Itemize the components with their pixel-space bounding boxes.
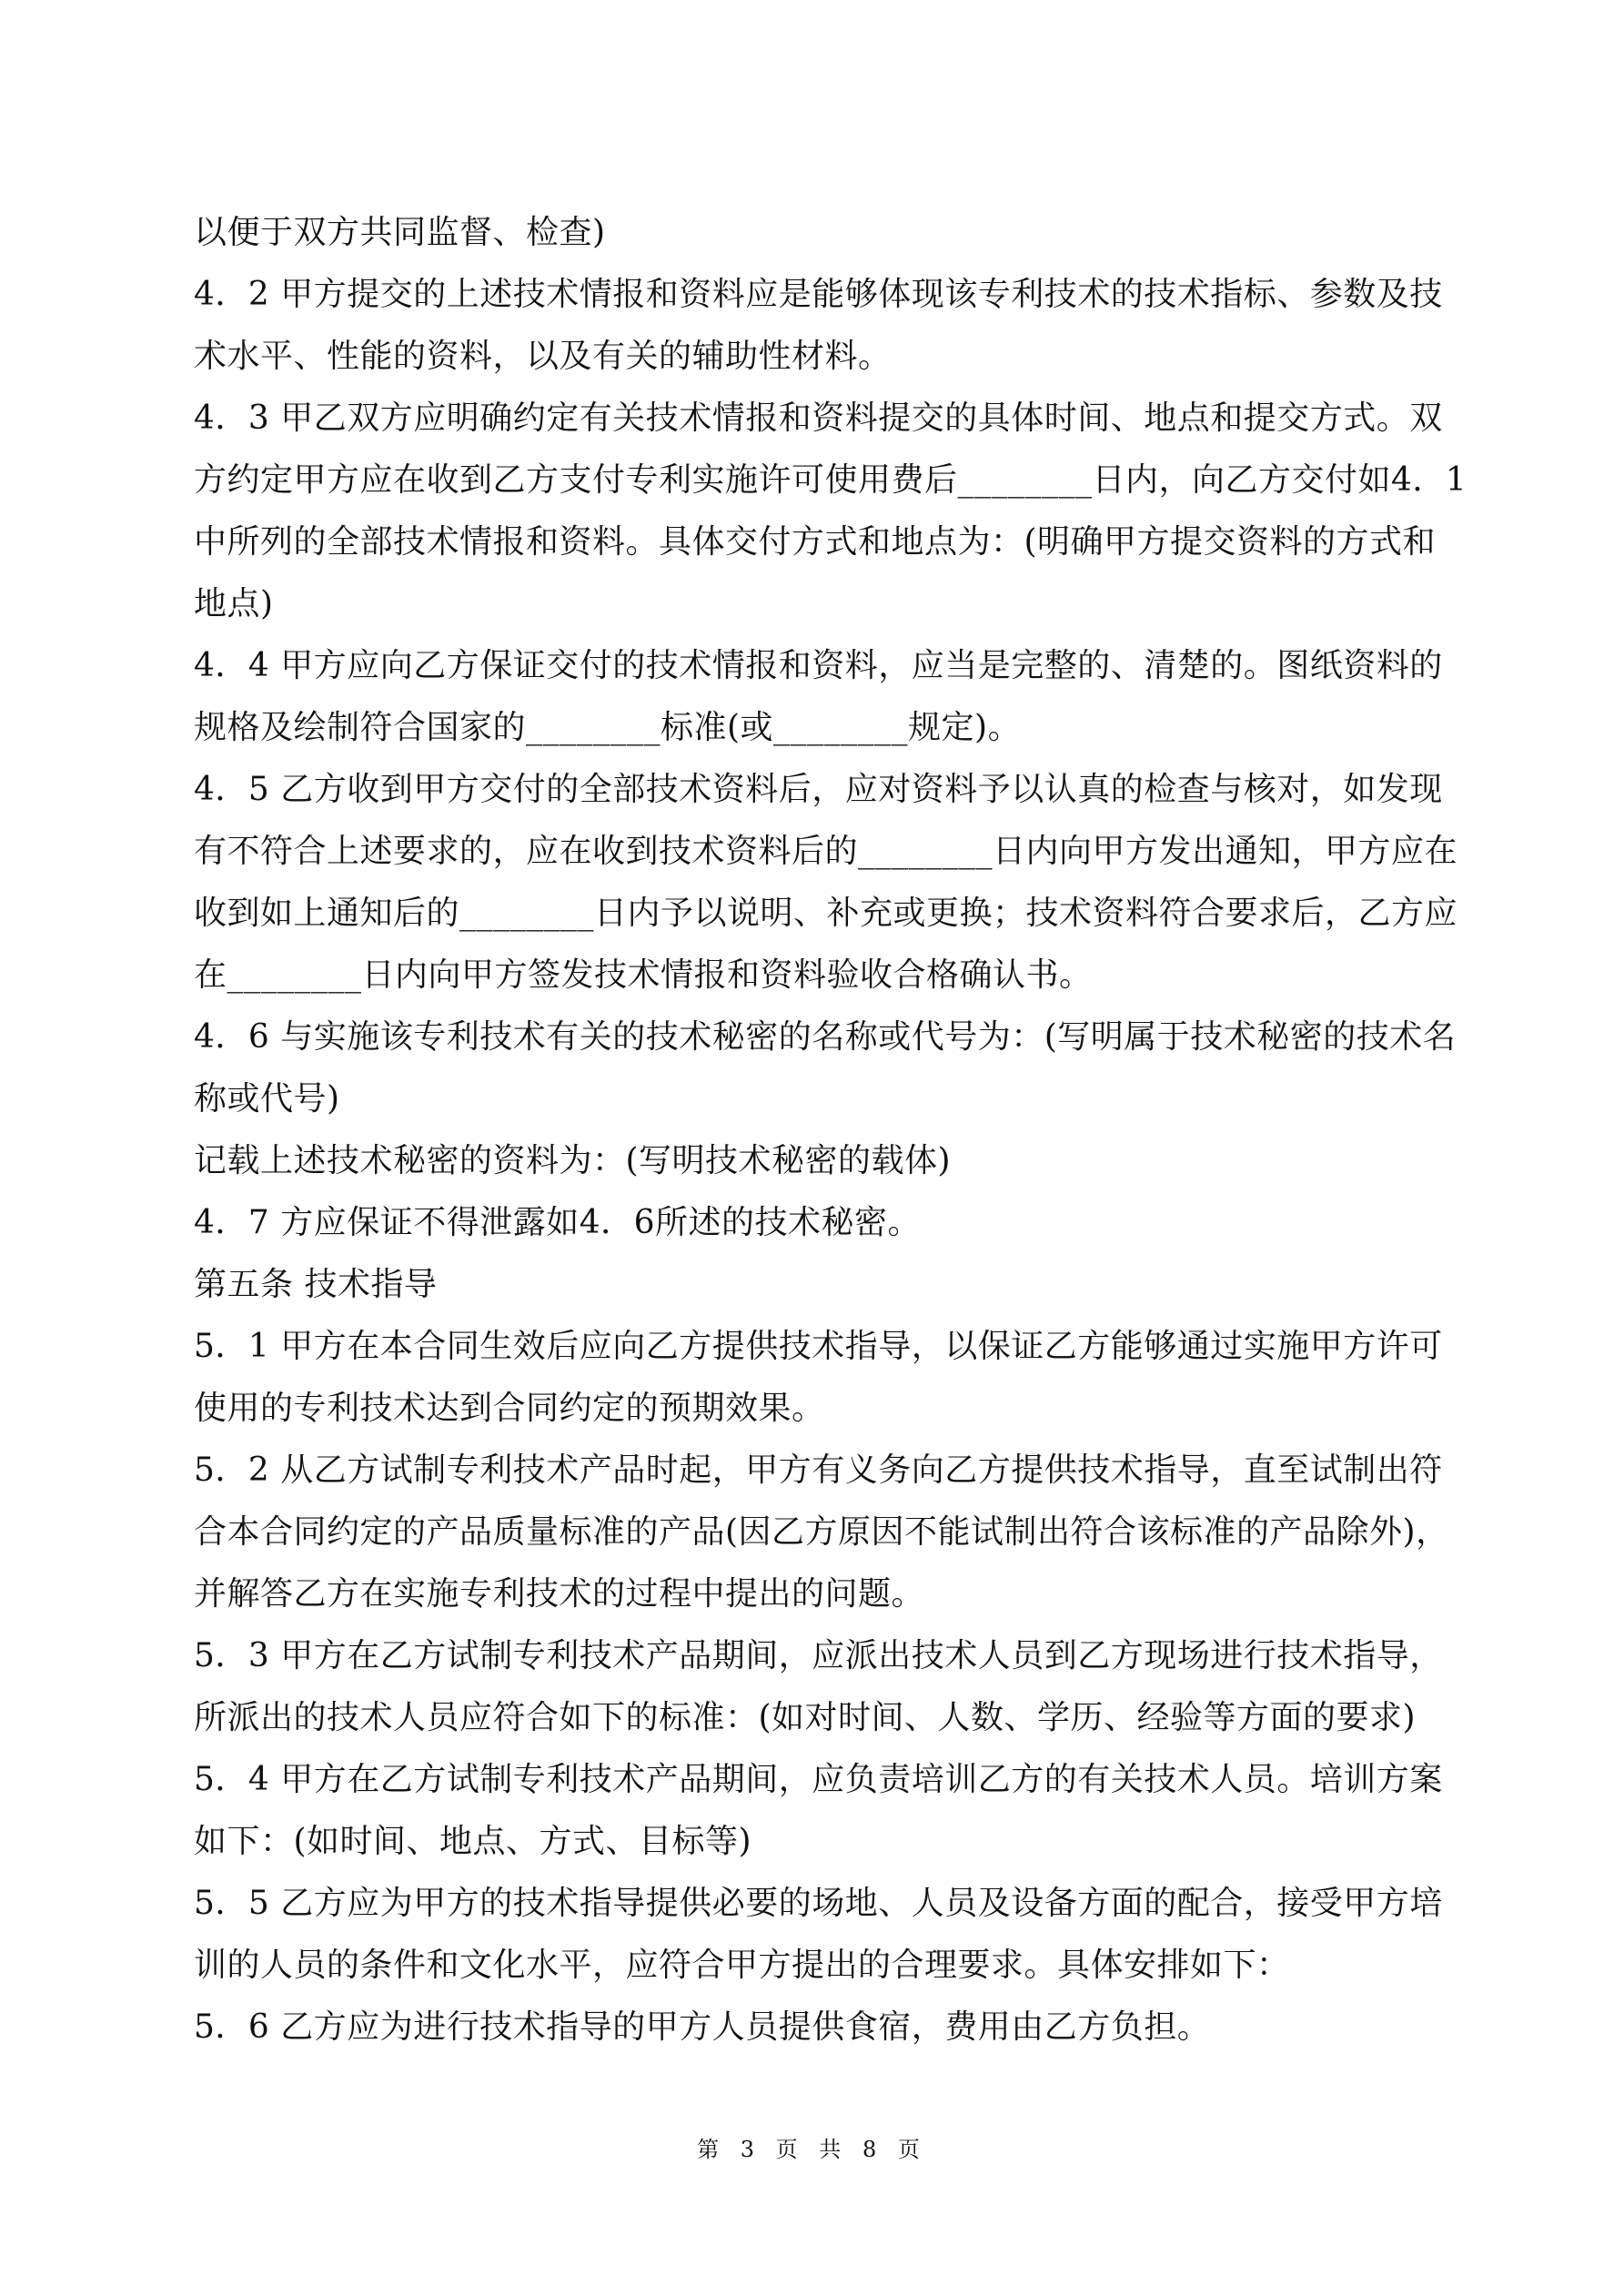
text-line: 有不符合上述要求的，应在收到技术资料后的________日内向甲方发出通知，甲方… <box>194 821 1431 883</box>
clause-5-5: 5．5 乙方应为甲方的技术指导提供必要的场地、人员及设备方面的配合，接受甲方培 <box>194 1873 1431 1935</box>
contract-body: 以便于双方共同监督、检查) 4．2 甲方提交的上述技术情报和资料应是能够体现该专… <box>194 202 1431 2058</box>
text-line: 称或代号) <box>194 1068 1431 1130</box>
clause-5-4: 5．4 甲方在乙方试制专利技术产品期间，应负责培训乙方的有关技术人员。培训方案 <box>194 1749 1431 1811</box>
text-line: 术水平、性能的资料，以及有关的辅助性材料。 <box>194 326 1431 388</box>
text-line: 收到如上通知后的________日内予以说明、补充或更换；技术资料符合要求后，乙… <box>194 883 1431 945</box>
clause-5-2: 5．2 从乙方试制专利技术产品时起，甲方有义务向乙方提供技术指导，直至试制出符 <box>194 1440 1431 1502</box>
clause-4-4: 4．4 甲方应向乙方保证交付的技术情报和资料，应当是完整的、清楚的。图纸资料的 <box>194 635 1431 697</box>
clause-4-7: 4．7 方应保证不得泄露如4．6所述的技术秘密。 <box>194 1192 1431 1254</box>
page-number-footer: 第 3 页 共 8 页 <box>0 2136 1624 2163</box>
text-line: 使用的专利技术达到合同约定的预期效果。 <box>194 1378 1431 1440</box>
text-line: 所派出的技术人员应符合如下的标准：(如对时间、人数、学历、经验等方面的要求) <box>194 1687 1431 1749</box>
text-line: 方约定甲方应在收到乙方支付专利实施许可使用费后________日内，向乙方交付如… <box>194 450 1431 511</box>
text-line: 训的人员的条件和文化水平，应符合甲方提出的合理要求。具体安排如下： <box>194 1935 1431 1997</box>
clause-5-1: 5．1 甲方在本合同生效后应向乙方提供技术指导，以保证乙方能够通过实施甲方许可 <box>194 1316 1431 1378</box>
text-line: 并解答乙方在实施专利技术的过程中提出的问题。 <box>194 1563 1431 1625</box>
text-line: 合本合同约定的产品质量标准的产品(因乙方原因不能试制出符合该标准的产品除外)， <box>194 1502 1431 1563</box>
clause-4-3: 4．3 甲乙双方应明确约定有关技术情报和资料提交的具体时间、地点和提交方式。双 <box>194 388 1431 450</box>
text-line: 在________日内向甲方签发技术情报和资料验收合格确认书。 <box>194 945 1431 1006</box>
text-line: 如下：(如时间、地点、方式、目标等) <box>194 1811 1431 1873</box>
clause-5-3: 5．3 甲方在乙方试制专利技术产品期间，应派出技术人员到乙方现场进行技术指导， <box>194 1625 1431 1687</box>
clause-4-5: 4．5 乙方收到甲方交付的全部技术资料后，应对资料予以认真的检查与核对，如发现 <box>194 759 1431 821</box>
clause-5-6: 5．6 乙方应为进行技术指导的甲方人员提供食宿，费用由乙方负担。 <box>194 1997 1431 2058</box>
clause-4-6: 4．6 与实施该专利技术有关的技术秘密的名称或代号为：(写明属于技术秘密的技术名 <box>194 1006 1431 1068</box>
text-line: 规格及绘制符合国家的________标准(或________规定)。 <box>194 697 1431 759</box>
text-line: 地点) <box>194 573 1431 635</box>
text-line: 以便于双方共同监督、检查) <box>194 202 1431 264</box>
article-5-heading: 第五条 技术指导 <box>194 1254 1431 1316</box>
text-line: 中所列的全部技术情报和资料。具体交付方式和地点为：(明确甲方提交资料的方式和 <box>194 511 1431 573</box>
text-line: 记载上述技术秘密的资料为：(写明技术秘密的载体) <box>194 1130 1431 1192</box>
clause-4-2: 4．2 甲方提交的上述技术情报和资料应是能够体现该专利技术的技术指标、参数及技 <box>194 264 1431 326</box>
document-page: 以便于双方共同监督、检查) 4．2 甲方提交的上述技术情报和资料应是能够体现该专… <box>0 0 1624 2296</box>
